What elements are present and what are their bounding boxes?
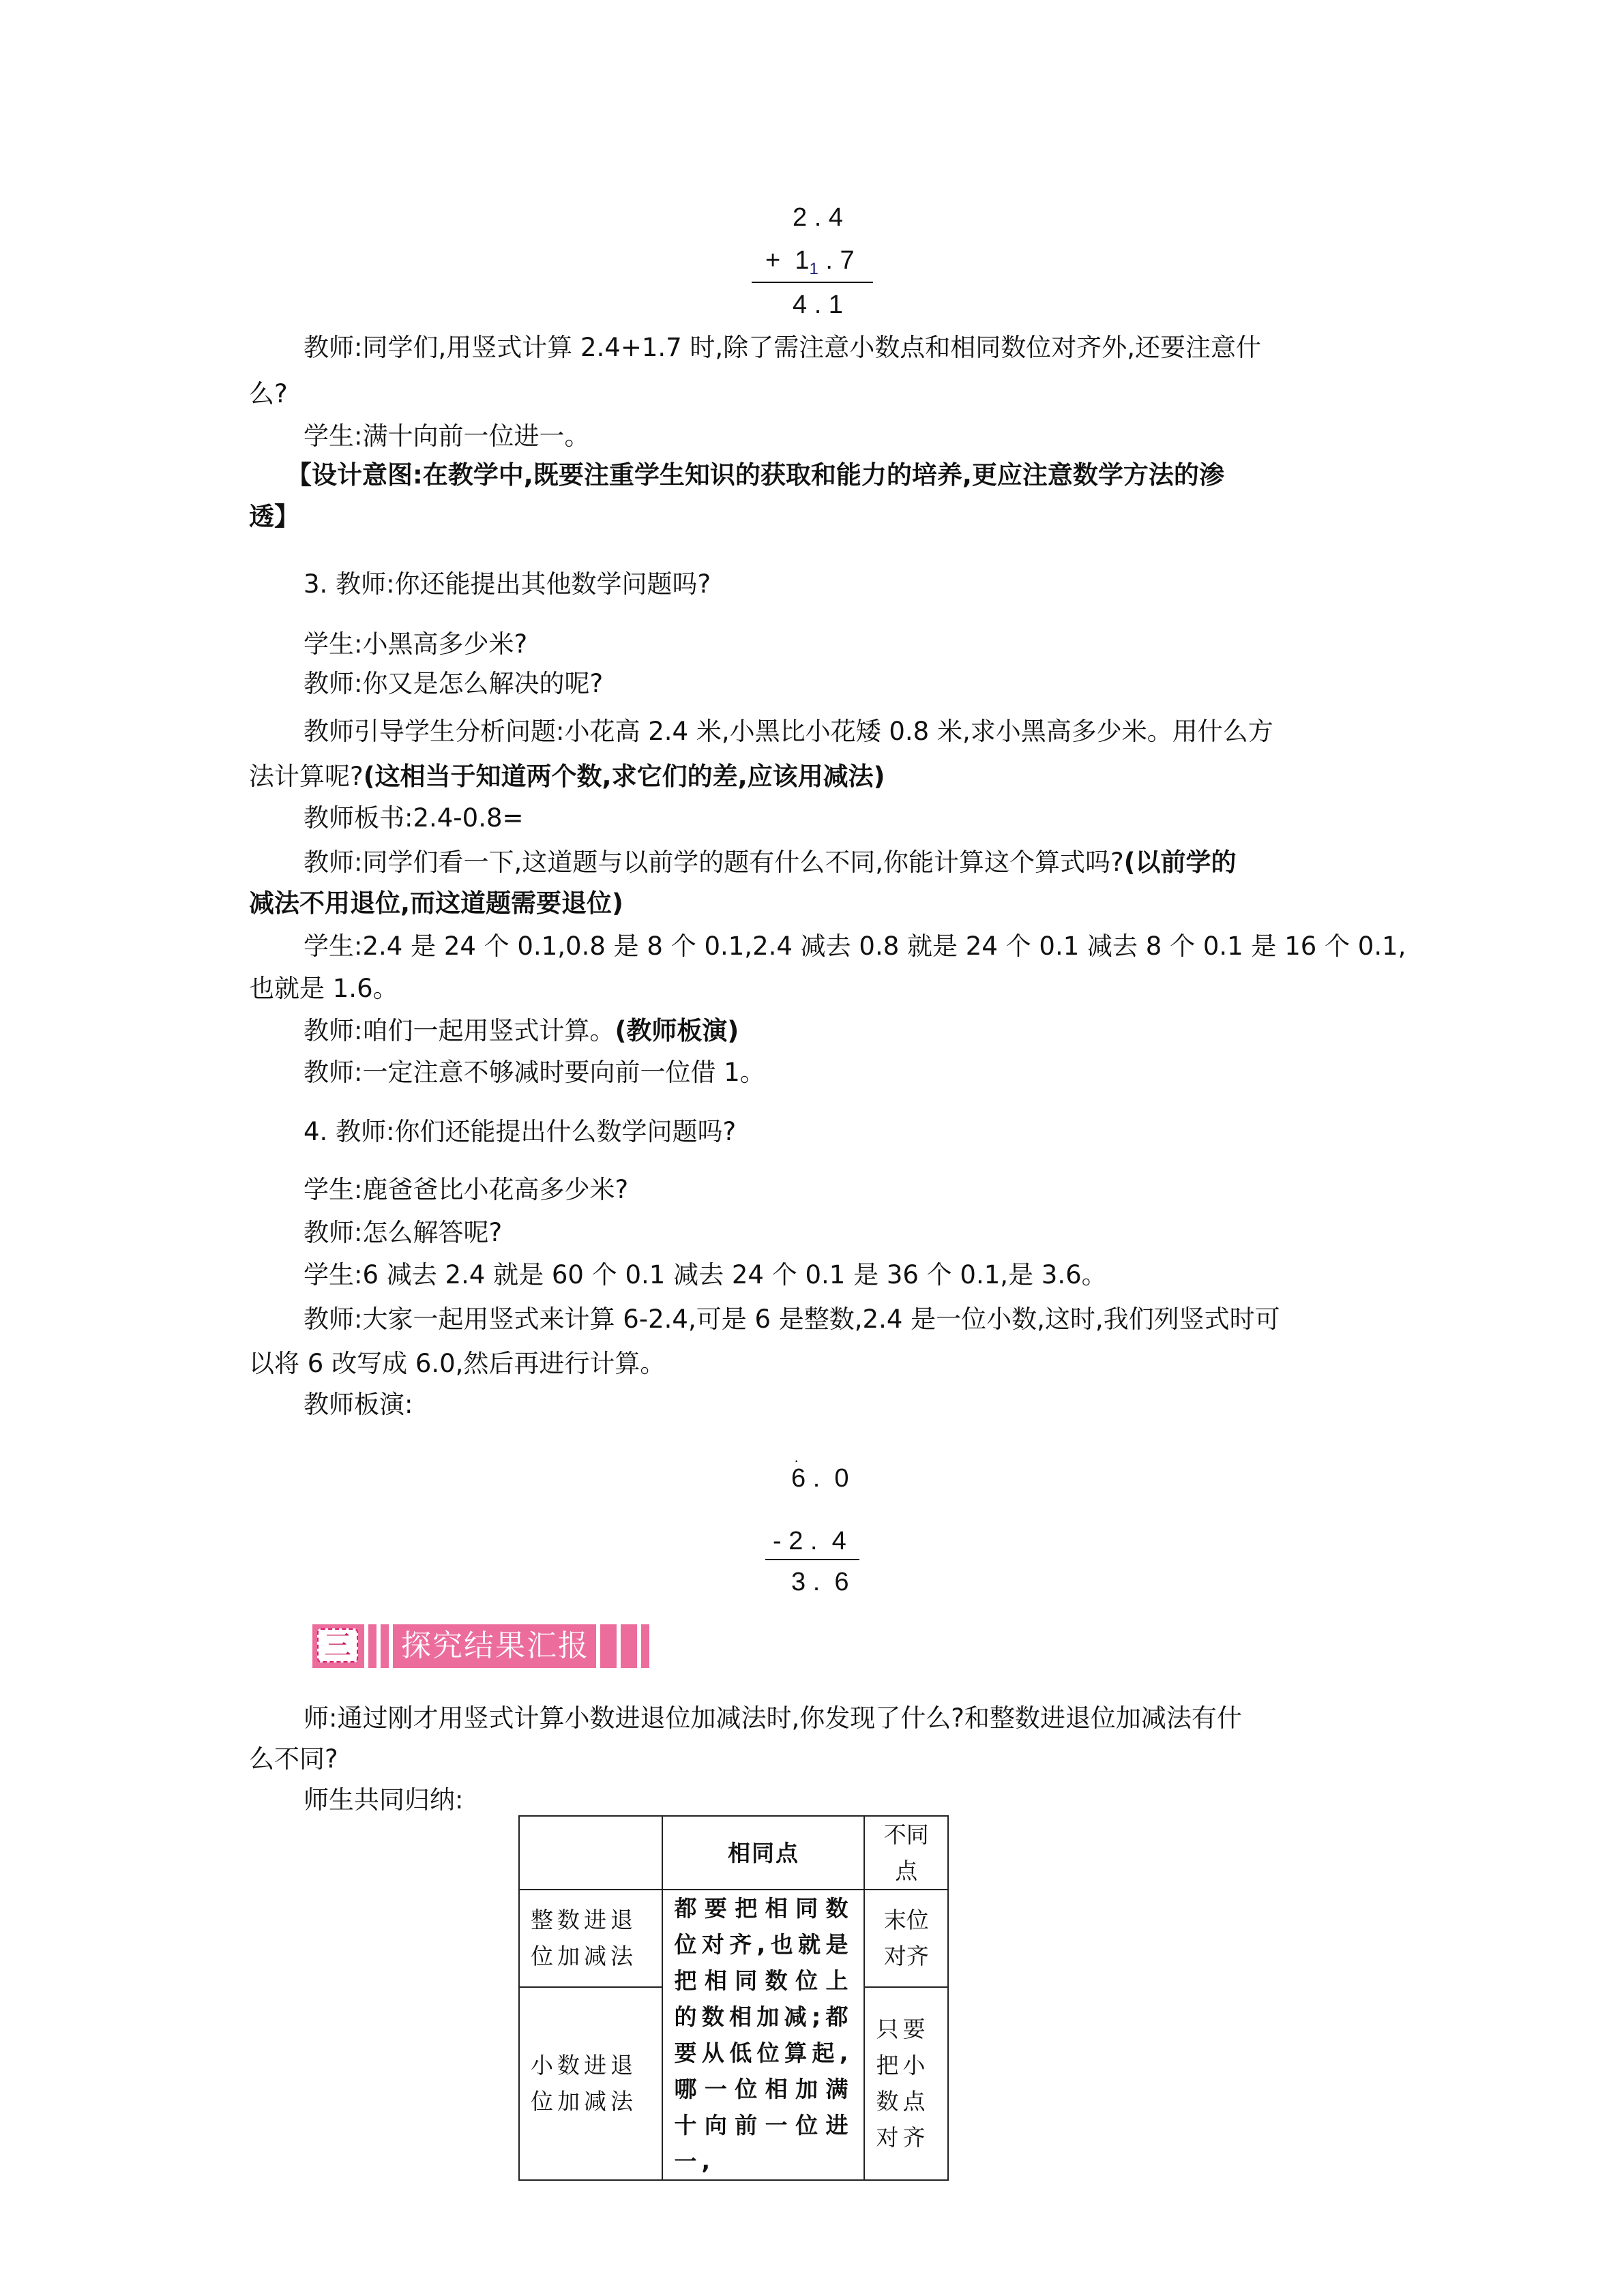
summary-table: 相同点 不同点 整数进退位加减法 都要把相同数位对齐,也就是把相同数位上的数相加… (518, 1815, 949, 2181)
paragraph-teacher-demo: 教师:咱们一起用竖式计算。(教师板演) (304, 1016, 739, 1046)
paragraph-teacher-guide: 教师引导学生分析问题:小花高 2.4 米,小黑比小花矮 0.8 米,求小黑高多少… (304, 717, 1273, 747)
subtraction-row-2: - 2 . 4 (773, 1526, 846, 1556)
bold-note: (以前学的 (1124, 848, 1237, 877)
banner-stripe (621, 1624, 637, 1668)
paragraph-student: 学生:小黑高多少米? (304, 629, 527, 659)
design-intent: 【设计意图:在教学中,既要注重学生知识的获取和能力的培养,更应注意数学方法的渗 (286, 460, 1224, 490)
bold-note: (教师板演) (615, 1016, 739, 1045)
paragraph-continuation: 么? (249, 379, 288, 409)
table-header-same: 相同点 (662, 1816, 864, 1890)
section-number: 三 (317, 1628, 358, 1663)
paragraph-student-explain-cont: 也就是 1.6。 (249, 974, 398, 1004)
banner-stripe (368, 1624, 377, 1668)
paragraph-teacher-compare: 教师:同学们看一下,这道题与以前学的题有什么不同,你能计算这个算式吗?(以前学的 (304, 848, 1237, 878)
addition-row-1: 2 . 4 (793, 203, 843, 233)
paragraph-teacher: 教师:你又是怎么解决的呢? (304, 669, 603, 699)
table-row: 整数进退位加减法 都要把相同数位对齐,也就是把相同数位上的数相加减;都要从低位算… (519, 1890, 948, 1987)
paragraph-summary-intro: 师生共同归纳: (304, 1785, 463, 1815)
banner-stripe (641, 1624, 649, 1668)
row-label: 小数进退位加减法 (519, 1987, 662, 2180)
paragraph-student-explain: 学生:2.4 是 24 个 0.1,0.8 是 8 个 0.1,2.4 减去 0… (304, 931, 1406, 961)
paragraph-teacher: 教师:怎么解答呢? (304, 1218, 502, 1248)
paragraph-teacher-compare-cont: 减法不用退位,而这道题需要退位) (249, 889, 623, 919)
row-diff: 只要把小数点对齐 (864, 1987, 948, 2180)
paragraph-board-demo: 教师板演: (304, 1390, 413, 1420)
table-header-empty (519, 1816, 662, 1890)
paragraph-teacher-explain-cont: 以将 6 改写成 6.0,然后再进行计算。 (249, 1349, 665, 1379)
subtraction-rule (765, 1559, 859, 1560)
paragraph-teacher-question: 师:通过刚才用竖式计算小数进退位加减法时,你发现了什么?和整数进退位加减法有什 (304, 1703, 1242, 1733)
addition-row-2: + 11 . 7 (765, 245, 855, 284)
text: 教师:咱们一起用竖式计算。 (304, 1016, 615, 1045)
text: 教师:同学们看一下,这道题与以前学的题有什么不同,你能计算这个算式吗? (304, 848, 1124, 877)
question-4: 4. 教师:你们还能提出什么数学问题吗? (304, 1117, 736, 1147)
banner-stripe (381, 1624, 389, 1668)
addition-result: 4 . 1 (793, 290, 843, 320)
addend-dec: . 7 (825, 246, 854, 275)
paragraph-teacher-question: 教师:同学们,用竖式计算 2.4+1.7 时,除了需注意小数点和相同数位对齐外,… (304, 333, 1261, 363)
subtraction-row-1: 6 . 0 (791, 1463, 849, 1493)
paragraph-teacher-explain: 教师:大家一起用竖式来计算 6-2.4,可是 6 是整数,2.4 是一位小数,这… (304, 1304, 1280, 1335)
paragraph-board: 教师板书:2.4-0.8= (304, 803, 524, 833)
paragraph-student: 学生:鹿爸爸比小花高多少米? (304, 1175, 628, 1205)
table-header-row: 相同点 不同点 (519, 1816, 948, 1890)
section-header: 三 探究结果汇报 (312, 1624, 664, 1668)
subtraction-result: 3 . 6 (791, 1567, 849, 1597)
paragraph-teacher-borrow: 教师:一定注意不够减时要向前一位借 1。 (304, 1058, 765, 1088)
bold-note: (这相当于知道两个数,求它们的差,应该用减法) (364, 762, 885, 791)
addend-int: 1 (795, 246, 809, 275)
same-points-cell: 都要把相同数位对齐,也就是把相同数位上的数相加减;都要从低位算起,哪一位相加满十… (662, 1890, 864, 2180)
table-header-diff: 不同点 (864, 1816, 948, 1890)
addition-rule (752, 282, 873, 283)
paragraph-continuation: 么不同? (249, 1744, 338, 1774)
section-number-box: 三 (312, 1624, 364, 1668)
paragraph-teacher-guide-cont: 法计算呢?(这相当于知道两个数,求它们的差,应该用减法) (249, 762, 885, 792)
row-diff: 末位对齐 (864, 1890, 948, 1987)
plus-sign: + (765, 246, 780, 275)
row-label: 整数进退位加减法 (519, 1890, 662, 1987)
paragraph-student-answer: 学生:满十向前一位进一。 (304, 421, 589, 451)
banner-stripe (600, 1624, 617, 1668)
text: 法计算呢? (249, 762, 364, 791)
carry-mark: 1 (809, 260, 818, 278)
section-title: 探究结果汇报 (393, 1624, 596, 1668)
question-3: 3. 教师:你还能提出其他数学问题吗? (304, 569, 711, 599)
paragraph-student-answer: 学生:6 减去 2.4 就是 60 个 0.1 减去 24 个 0.1 是 36… (304, 1260, 1107, 1290)
design-intent-continuation: 透】 (249, 502, 299, 532)
